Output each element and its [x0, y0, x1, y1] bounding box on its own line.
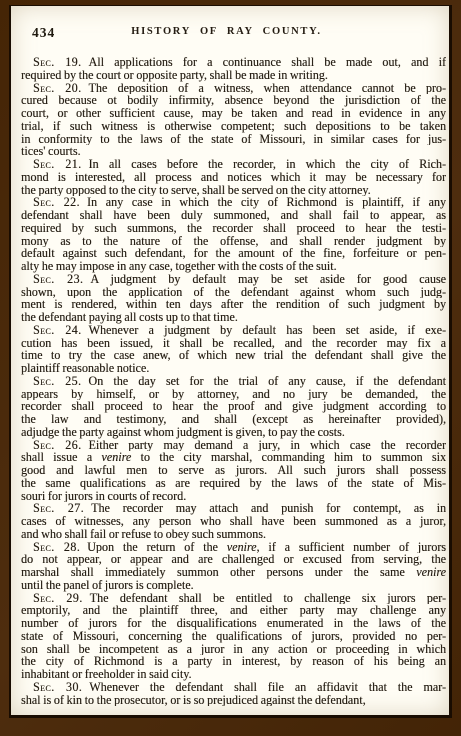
text-line: shown, upon the application of the defen…	[21, 286, 446, 299]
text-line: son shall be incompetent as a juror in a…	[21, 643, 446, 656]
section-label: Sec. 29.	[33, 592, 83, 605]
section-label: Sec. 24.	[33, 324, 82, 337]
text-line: number of jurors for the disqualificatio…	[21, 617, 446, 630]
text-line: plaintiff reasonable notice.	[21, 362, 446, 375]
text-line: Sec. 21.In all cases before the recorder…	[21, 158, 446, 171]
section-label: Sec. 19.	[33, 56, 81, 69]
text-line: Sec. 28.Upon the return of the venire, i…	[21, 541, 446, 554]
scanned-page-frame: 434 HISTORY OF RAY COUNTY. Sec. 19.All a…	[0, 0, 461, 736]
text-line: recorder shall proceed to hear the proof…	[21, 400, 446, 413]
text-line: shall issue a venire to the city marshal…	[21, 451, 446, 464]
page-header-row: 434 HISTORY OF RAY COUNTY.	[21, 25, 446, 39]
section-label: Sec. 27.	[33, 502, 84, 515]
text-line: the party opposed to the city to serve, …	[21, 184, 446, 197]
italic-term: venire	[416, 566, 446, 579]
text-line: state of Missouri, concerning the qualif…	[21, 630, 446, 643]
text-line: Sec. 23.A judgment by default may be set…	[21, 273, 446, 286]
statute-section: Sec. 29.The defendant shall be entitled …	[21, 592, 446, 681]
text-line: Sec. 29.The defendant shall be entitled …	[21, 592, 446, 605]
statute-section: Sec. 24.Whenever a judgment by default h…	[21, 324, 446, 375]
text-line: shal is of kin to the prosecutor, or is …	[21, 694, 446, 707]
text-line: the defendant paying all costs up to tha…	[21, 311, 446, 324]
section-label: Sec. 21.	[33, 158, 82, 171]
text-line: in conformity to the laws of the state o…	[21, 133, 446, 146]
text-line: Sec. 26.Either party may demand a jury, …	[21, 439, 446, 452]
statute-section: Sec. 22.In any case in which the city of…	[21, 196, 446, 273]
text-line: cution has been issued, it shall be reca…	[21, 337, 446, 350]
text-line: time to try the case anew, of which new …	[21, 349, 446, 362]
text-line: mony as to the nature of the offense, an…	[21, 235, 446, 248]
text-line: marshal shall immediately summon other p…	[21, 566, 446, 579]
text-line: the city of Richmond is a party in inter…	[21, 655, 446, 668]
section-label: Sec. 23.	[33, 273, 83, 286]
text-line: Sec. 30.Whenever the defendant shall fil…	[21, 681, 446, 694]
text-line: the same qualifications as are required …	[21, 477, 446, 490]
text-line: defendant shall have been duly summoned,…	[21, 209, 446, 222]
italic-term: venire	[101, 451, 131, 464]
text-line: appears by himself, or by attorney, and …	[21, 388, 446, 401]
text-line: inhabitant or freeholder in said city.	[21, 668, 446, 681]
section-label: Sec. 20.	[33, 82, 82, 95]
text-line: trial, if such witness is otherwise comp…	[21, 120, 446, 133]
text-line: court, or other sufficient cause, may be…	[21, 107, 446, 120]
text-line: until the panel of jurors is complete.	[21, 579, 446, 592]
section-label: Sec. 22.	[33, 196, 80, 209]
italic-term: venire	[227, 541, 257, 554]
section-label: Sec. 28.	[33, 541, 80, 554]
section-label: Sec. 25.	[33, 375, 81, 388]
text-line: tices' courts.	[21, 145, 446, 158]
text-line: Sec. 22.In any case in which the city of…	[21, 196, 446, 209]
statute-section: Sec. 27.The recorder may attach and puni…	[21, 502, 446, 540]
statute-section: Sec. 21.In all cases before the recorder…	[21, 158, 446, 196]
text-line: emptorily, and the plaintiff three, and …	[21, 604, 446, 617]
statute-section: Sec. 26.Either party may demand a jury, …	[21, 439, 446, 503]
text-line: Sec. 19.All applications for a continuan…	[21, 56, 446, 69]
text-line: default against such defendant, for the …	[21, 247, 446, 260]
running-title: HISTORY OF RAY COUNTY.	[21, 26, 432, 37]
statute-section: Sec. 20.The deposition of a witness, whe…	[21, 82, 446, 159]
book-page: 434 HISTORY OF RAY COUNTY. Sec. 19.All a…	[9, 5, 452, 718]
text-line: Sec. 24.Whenever a judgment by default h…	[21, 324, 446, 337]
statute-text: Sec. 19.All applications for a continuan…	[21, 56, 446, 706]
text-line: adjudge the party against whom judgment …	[21, 426, 446, 439]
text-line: alty he may impose in any case, together…	[21, 260, 446, 273]
text-line: Sec. 27.The recorder may attach and puni…	[21, 502, 446, 515]
text-line: cured because ot bodily infirmity, absen…	[21, 94, 446, 107]
statute-section: Sec. 28.Upon the return of the venire, i…	[21, 541, 446, 592]
text-line: Sec. 25.On the day set for the trial of …	[21, 375, 446, 388]
text-line: good and lawful men to serve as jurors. …	[21, 464, 446, 477]
text-line: mond is interested, all process and noti…	[21, 171, 446, 184]
text-line: the law and testimony, and shall (except…	[21, 413, 446, 426]
statute-section: Sec. 30.Whenever the defendant shall fil…	[21, 681, 446, 707]
section-label: Sec. 30.	[33, 681, 82, 694]
text-line: and who shall fail or refuse to obey suc…	[21, 528, 446, 541]
text-line: required by the court or opposite party,…	[21, 69, 446, 82]
text-line: cases of witnesses, any person who shall…	[21, 515, 446, 528]
statute-section: Sec. 23.A judgment by default may be set…	[21, 273, 446, 324]
statute-section: Sec. 25.On the day set for the trial of …	[21, 375, 446, 439]
text-line: Sec. 20.The deposition of a witness, whe…	[21, 82, 446, 95]
text-line: souri for jurors in courts of record.	[21, 490, 446, 503]
section-label: Sec. 26.	[33, 439, 82, 452]
text-line: do not appear, or appear and are challen…	[21, 553, 446, 566]
text-line: required by such summons, the recorder s…	[21, 222, 446, 235]
text-line: ment is rendered, within ten days after …	[21, 298, 446, 311]
statute-section: Sec. 19.All applications for a continuan…	[21, 56, 446, 82]
